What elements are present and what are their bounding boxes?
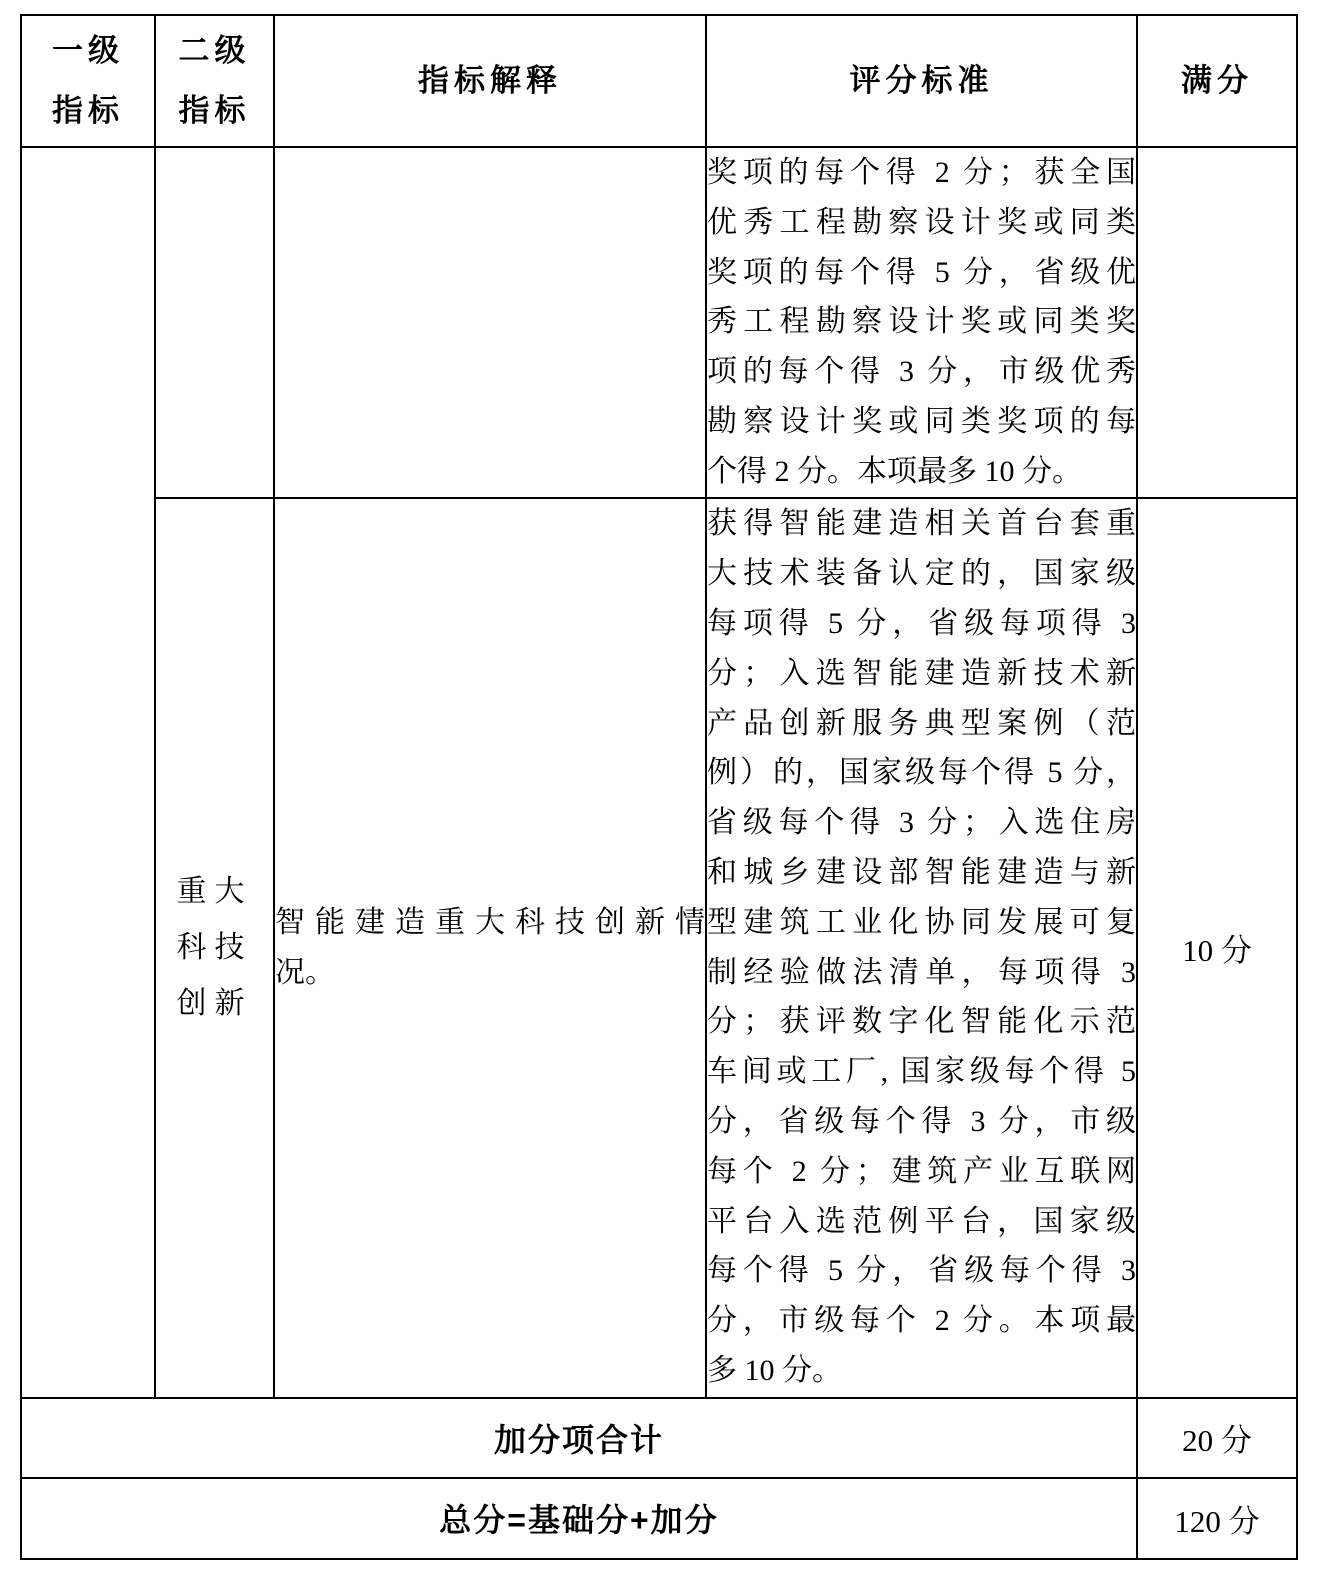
cell-level1-empty	[21, 147, 155, 1398]
cell-level2-empty	[155, 147, 274, 498]
header-indicator-explanation: 指标解释	[274, 15, 706, 147]
cell-total-score: 120 分	[1137, 1478, 1297, 1559]
table-row-major-innovation: 重大科技创新 智能建造重大科技创新情况。 获得智能建造相关首台套重大技术装备认定…	[21, 498, 1297, 1398]
table-row-continuation: 奖项的每个得 2 分；获全国优秀工程勘察设计奖或同类奖项的每个得 5 分，省级优…	[21, 147, 1297, 498]
cell-criteria-awards: 奖项的每个得 2 分；获全国优秀工程勘察设计奖或同类奖项的每个得 5 分，省级优…	[706, 147, 1137, 498]
cell-score-major-innovation: 10 分	[1137, 498, 1297, 1398]
cell-total-label: 总分=基础分+加分	[21, 1478, 1137, 1559]
scoring-criteria-table: 一级指标 二级指标 指标解释 评分标准 满分 奖项的每个得 2 分；获全国优秀工…	[20, 14, 1298, 1560]
header-max-score: 满分	[1137, 15, 1297, 147]
header-level2-indicator: 二级指标	[155, 15, 274, 147]
header-row: 一级指标 二级指标 指标解释 评分标准 满分	[21, 15, 1297, 147]
cell-explanation-major-innovation: 智能建造重大科技创新情况。	[274, 498, 706, 1398]
table-row-bonus-subtotal: 加分项合计 20 分	[21, 1398, 1297, 1478]
cell-level2-major-innovation: 重大科技创新	[155, 498, 274, 1398]
cell-criteria-major-innovation: 获得智能建造相关首台套重大技术装备认定的，国家级每项得 5 分，省级每项得 3分…	[706, 498, 1137, 1398]
header-scoring-criteria: 评分标准	[706, 15, 1137, 147]
cell-score-empty	[1137, 147, 1297, 498]
cell-bonus-subtotal-score: 20 分	[1137, 1398, 1297, 1478]
header-level1-indicator: 一级指标	[21, 15, 155, 147]
table-row-total: 总分=基础分+加分 120 分	[21, 1478, 1297, 1559]
cell-bonus-subtotal-label: 加分项合计	[21, 1398, 1137, 1478]
cell-explanation-empty	[274, 147, 706, 498]
